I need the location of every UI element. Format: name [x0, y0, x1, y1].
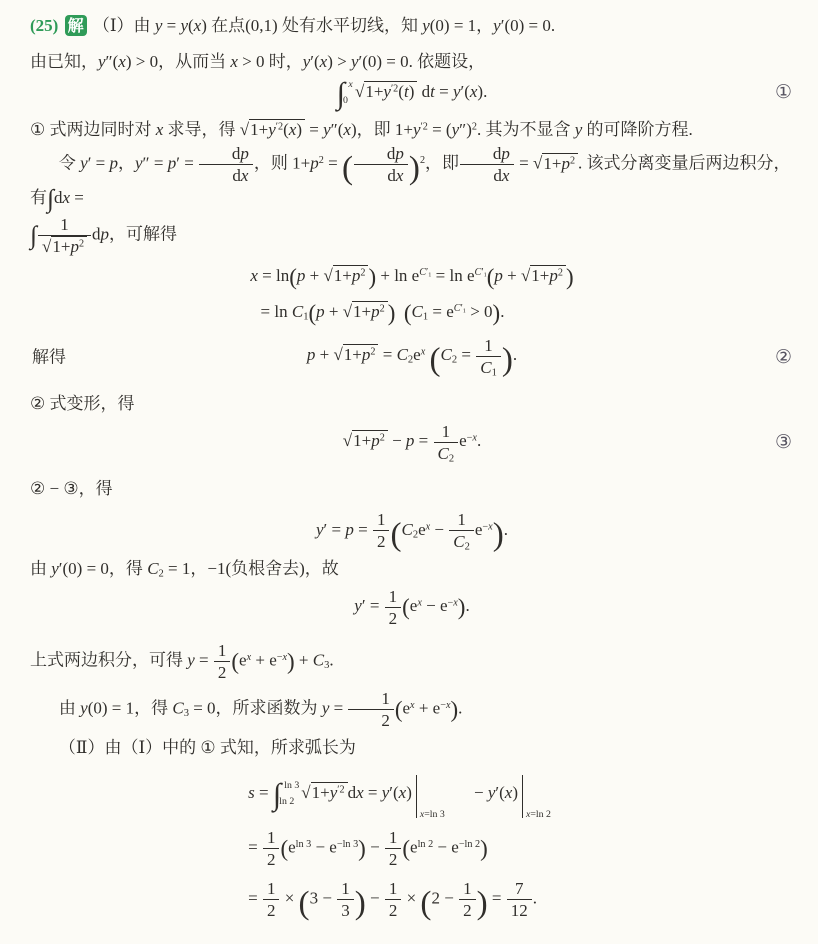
eq-x-ln-derivation-1: x = ln(p + √1+p2) + ln eC′1 = ln eC′1(p … — [250, 258, 573, 294]
line-integrate-both-sides: 上式两边积分，可得 y = 12(ex + e−x) + C3. — [30, 641, 794, 682]
equation-body: y′ = 12(ex − e−x). — [354, 596, 469, 615]
line-substitution-setup: 令 y′ = p，y″ = p′ = dpdx，则 1+p2 = (dpdx)2… — [30, 144, 794, 211]
line-c2-determination: 由 y′(0) = 0，得 C2 = 1，−1(负根舍去)，故 — [30, 556, 794, 582]
line-final-function: 由 y(0) = 1，得 C3 = 0，所求函数为 y = 12(ex + e−… — [30, 689, 794, 730]
eq-yprime-p-row: y′ = p = 12(C2ex − 1C2e−x). — [30, 505, 794, 556]
eq-yprime-final-row: y′ = 12(ex − e−x). — [30, 582, 794, 633]
derivation-arc-length: s = ∫ln 3ln 2√1+y′2dx = y′(x)x=ln 3 − y′… — [30, 768, 794, 927]
derivation-block: x = ln(p + √1+p2) + ln eC′1 = ln eC′1(p … — [250, 258, 573, 329]
line-part2-intro: （Ⅱ）由（Ⅰ）中的 ① 式知，所求弧长为 — [30, 735, 794, 761]
line-separated-integral: ∫1√1+p2dp，可解得 — [30, 215, 794, 256]
eq-3-row: √1+p2 − p = 1C2e−x. ③ — [30, 417, 794, 468]
line-transform-eq2: ② 式变形，得 — [30, 391, 794, 417]
equation-tag-2: ② — [775, 342, 792, 371]
solution-badge: 解 — [65, 15, 87, 36]
derivation-block: s = ∫ln 3ln 2√1+y′2dx = y′(x)x=ln 3 − y′… — [248, 770, 576, 925]
derivation-x-ln: x = ln(p + √1+p2) + ln eC′1 = ln eC′1(p … — [30, 256, 794, 331]
part1-intro-text: （Ⅰ）由 y = y(x) 在点(0,1) 处有水平切线，知 y(0) = 1，… — [93, 16, 555, 35]
eq-solve-result-row: 解得 p + √1+p2 = C2ex (C2 = 1C1). ② — [30, 331, 794, 382]
solve-label: 解得 — [32, 344, 66, 370]
solution-document: (25) 解 （Ⅰ）由 y = y(x) 在点(0,1) 处有水平切线，知 y(… — [0, 0, 818, 944]
eq-arc-length-1: s = ∫ln 3ln 2√1+y′2dx = y′(x)x=ln 3 − y′… — [248, 770, 576, 823]
equation-body: p + √1+p2 = C2ex (C2 = 1C1). — [307, 345, 517, 364]
line-differentiate-both-sides: ① 式两边同时对 x 求导，得 √1+y′2(x) = y″(x)，即 1+y′… — [30, 117, 794, 143]
line-part1-intro: (25) 解 （Ⅰ）由 y = y(x) 在点(0,1) 处有水平切线，知 y(… — [30, 13, 794, 39]
problem-number: (25) — [30, 16, 58, 35]
equation-body: √1+p2 − p = 1C2e−x. — [343, 431, 481, 450]
equation-tag-1: ① — [775, 78, 792, 107]
eq-integral-relation: ∫x0√1+y′2(t) dt = y′(x). ① — [30, 74, 794, 111]
line-given-conditions: 由已知，y″(x) > 0，从而当 x > 0 时，y′(x) > y′(0) … — [30, 49, 794, 75]
eq-arc-length-2: = 12(eln 3 − e−ln 3) − 12(eln 2 − e−ln 2… — [248, 823, 576, 874]
eq-arc-length-3: = 12 × (3 − 13) − 12 × (2 − 12) = 712. — [248, 874, 576, 925]
equation-tag-3: ③ — [775, 428, 792, 457]
line-subtract-eqs: ② − ③，得 — [30, 476, 794, 502]
eq-x-ln-derivation-2: = ln C1(p + √1+p2) (C1 = eC′1 > 0). — [261, 294, 574, 330]
equation-body: y′ = p = 12(C2ex − 1C2e−x). — [316, 520, 508, 539]
equation-body: ∫x0√1+y′2(t) dt = y′(x). — [337, 82, 488, 101]
